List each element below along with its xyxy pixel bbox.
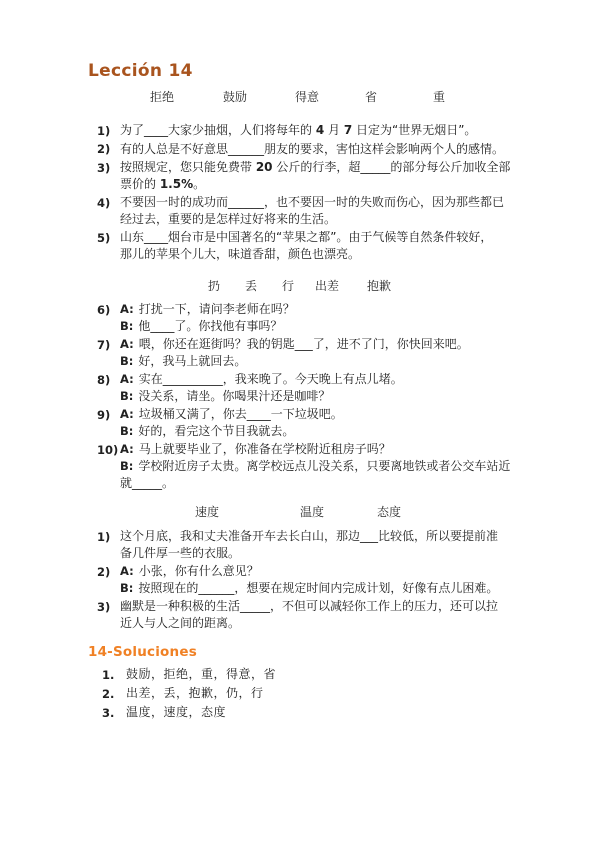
exercise-line: B:他____了。你找他有事吗？: [120, 318, 520, 335]
solutions-heading: 14-Soluciones: [88, 644, 520, 661]
exercise-line: A:喂，你还在逛街吗？我的钥匙___了，进不了门，你快回来吧。: [120, 336, 520, 353]
exercise-item: 3)幽默是一种积极的生活_____，不但可以减轻你工作上的压力，还可以拉近人与人…: [97, 598, 520, 632]
document-page: Lección 14 拒绝鼓励得意省重1)为了____大家少抽烟，人们将每年的 …: [0, 0, 599, 848]
speaker-label: A:: [120, 372, 134, 386]
exercise-item: 2)有的人总是不好意思______朋友的要求，害怕这样会影响两个人的感情。: [97, 141, 520, 159]
exercise-text: 小张，你有什么意见？: [139, 564, 259, 578]
speaker-label: A:: [120, 407, 134, 421]
exercise-body: 为了____大家少抽烟，人们将每年的 4 月 7 日定为“世界无烟日”。: [120, 122, 520, 140]
exercise-item: 7)A:喂，你还在逛街吗？我的钥匙___了，进不了门，你快回来吧。B:好，我马上…: [97, 336, 520, 370]
exercise-text: 好，我马上就回去。: [138, 354, 246, 368]
solution-item: 3.温度，速度，态度: [102, 703, 520, 722]
exercise-set-2: 6)A:打扰一下，请问李老师在吗？B:他____了。你找他有事吗？7)A:喂，你…: [88, 301, 520, 492]
exercise-number: 4): [97, 194, 120, 228]
exercise-body: 有的人总是不好意思______朋友的要求，害怕这样会影响两个人的感情。: [120, 141, 520, 159]
exercise-number: 2): [97, 141, 120, 159]
exercise-item: 3)按照规定，您只能免费带 20 公斤的行李，超_____的部分每公斤加收全部票…: [97, 159, 520, 193]
exercise-number: 6): [97, 301, 120, 335]
exercise-line: 幽默是一种积极的生活_____，不但可以减轻你工作上的压力，还可以拉: [120, 598, 520, 615]
exercise-number: 3): [97, 598, 120, 632]
solutions-list: 1.鼓励，拒绝，重，得意，省2.出差，丢，抱歉，仍，行3.温度，速度，态度: [88, 665, 520, 722]
exercise-number: 5): [97, 229, 120, 263]
exercise-number: 7): [97, 336, 120, 370]
exercise-line: 近人与人之间的距离。: [120, 615, 520, 632]
solution-number: 3.: [102, 703, 126, 722]
exercise-line: B:学校附近房子太贵。离学校远点儿没关系，只要离地铁或者公交车站近: [120, 458, 520, 475]
exercise-number: 1): [97, 528, 120, 562]
exercise-body: A:马上就要毕业了，你准备在学校附近租房子吗？B:学校附近房子太贵。离学校远点儿…: [120, 441, 520, 492]
word-bank-word: 鼓励: [223, 89, 247, 106]
exercise-text: 按照规定，您只能免费带 20 公斤的行李，超_____的部分每公斤加收全部: [120, 160, 510, 174]
word-bank-word: 重: [433, 89, 445, 106]
word-bank-word: 行: [282, 278, 294, 295]
speaker-label: B:: [120, 581, 133, 595]
exercise-text: 经过去，重要的是怎样过好将来的生活。: [120, 212, 336, 226]
exercise-text: 近人与人之间的距离。: [120, 616, 240, 630]
exercise-text: 那儿的苹果个儿大，味道香甜，颜色也漂亮。: [120, 247, 360, 261]
speaker-label: B:: [120, 389, 133, 403]
exercise-line: 票价的 1.5%。: [120, 176, 520, 193]
exercise-number: 1): [97, 122, 120, 140]
speaker-label: A:: [120, 337, 134, 351]
exercise-text: 不要因一时的成功而______，也不要因一时的失败而伤心，因为那些都已: [120, 195, 504, 209]
word-bank-word: 拒绝: [150, 89, 174, 106]
solution-number: 1.: [102, 665, 126, 684]
exercise-set-3: 1)这个月底，我和丈夫准备开车去长白山，那边___比较低，所以要提前准备几件厚一…: [88, 528, 520, 632]
exercise-text: 学校附近房子太贵。离学校远点儿没关系，只要离地铁或者公交车站近: [138, 459, 510, 473]
exercise-number: 3): [97, 159, 120, 193]
exercise-line: 不要因一时的成功而______，也不要因一时的失败而伤心，因为那些都已: [120, 194, 520, 211]
exercise-text: 就_____。: [120, 476, 174, 490]
speaker-label: A:: [120, 564, 134, 578]
word-bank-word: 出差: [315, 278, 339, 295]
exercise-line: 经过去，重要的是怎样过好将来的生活。: [120, 211, 520, 228]
word-bank-word: 温度: [300, 504, 324, 521]
exercise-item: 9)A:垃圾桶又满了，你去____一下垃圾吧。B:好的，看完这个节目我就去。: [97, 406, 520, 440]
exercise-number: 10): [97, 441, 120, 492]
exercise-item: 1)这个月底，我和丈夫准备开车去长白山，那边___比较低，所以要提前准备几件厚一…: [97, 528, 520, 562]
exercise-body: 不要因一时的成功而______，也不要因一时的失败而伤心，因为那些都已经过去，重…: [120, 194, 520, 228]
speaker-label: A:: [120, 442, 134, 456]
exercise-text: 实在__________，我来晚了。今天晚上有点儿堵。: [139, 372, 403, 386]
word-bank-3: 速度温度态度: [88, 504, 520, 520]
exercise-line: 备几件厚一些的衣服。: [120, 545, 520, 562]
exercise-text: 为了____大家少抽烟，人们将每年的 4 月 7 日定为“世界无烟日”。: [120, 123, 476, 137]
exercise-body: 按照规定，您只能免费带 20 公斤的行李，超_____的部分每公斤加收全部票价的…: [120, 159, 520, 193]
exercise-text: 打扰一下，请问李老师在吗？: [139, 302, 295, 316]
word-bank-word: 省: [365, 89, 377, 106]
exercise-line: 这个月底，我和丈夫准备开车去长白山，那边___比较低，所以要提前准: [120, 528, 520, 545]
exercise-body: A:垃圾桶又满了，你去____一下垃圾吧。B:好的，看完这个节目我就去。: [120, 406, 520, 440]
exercise-body: 这个月底，我和丈夫准备开车去长白山，那边___比较低，所以要提前准备几件厚一些的…: [120, 528, 520, 562]
exercise-text: 喂，你还在逛街吗？我的钥匙___了，进不了门，你快回来吧。: [139, 337, 469, 351]
speaker-label: B:: [120, 319, 133, 333]
exercise-line: A:马上就要毕业了，你准备在学校附近租房子吗？: [120, 441, 520, 458]
exercise-text: 幽默是一种积极的生活_____，不但可以减轻你工作上的压力，还可以拉: [120, 599, 498, 613]
exercise-body: A:打扰一下，请问李老师在吗？B:他____了。你找他有事吗？: [120, 301, 520, 335]
speaker-label: B:: [120, 354, 133, 368]
solution-text: 温度，速度，态度: [126, 703, 226, 722]
exercise-line: B:按照现在的______，想要在规定时间内完成计划，好像有点儿困难。: [120, 580, 520, 597]
word-bank-word: 得意: [295, 89, 319, 106]
exercise-line: A:垃圾桶又满了，你去____一下垃圾吧。: [120, 406, 520, 423]
exercise-text: 好的，看完这个节目我就去。: [138, 424, 294, 438]
exercise-line: A:打扰一下，请问李老师在吗？: [120, 301, 520, 318]
exercise-text: 票价的 1.5%。: [120, 177, 205, 191]
word-bank-word: 扔: [208, 278, 220, 295]
solution-text: 出差，丢，抱歉，仍，行: [126, 684, 264, 703]
exercise-body: A:小张，你有什么意见？B:按照现在的______，想要在规定时间内完成计划，好…: [120, 563, 520, 597]
exercise-text: 山东____烟台市是中国著名的“苹果之都”。由于气候等自然条件较好，: [120, 230, 492, 244]
exercise-text: 按照现在的______，想要在规定时间内完成计划，好像有点儿困难。: [138, 581, 498, 595]
exercise-number: 2): [97, 563, 120, 597]
exercise-item: 6)A:打扰一下，请问李老师在吗？B:他____了。你找他有事吗？: [97, 301, 520, 335]
exercise-line: 按照规定，您只能免费带 20 公斤的行李，超_____的部分每公斤加收全部: [120, 159, 520, 176]
exercise-number: 8): [97, 371, 120, 405]
exercise-text: 垃圾桶又满了，你去____一下垃圾吧。: [139, 407, 343, 421]
exercise-item: 4)不要因一时的成功而______，也不要因一时的失败而伤心，因为那些都已经过去…: [97, 194, 520, 228]
exercise-text: 这个月底，我和丈夫准备开车去长白山，那边___比较低，所以要提前准: [120, 529, 498, 543]
word-bank-2: 扔丢行出差抱歉: [88, 278, 520, 294]
exercise-body: 幽默是一种积极的生活_____，不但可以减轻你工作上的压力，还可以拉近人与人之间…: [120, 598, 520, 632]
exercise-text: 他____了。你找他有事吗？: [138, 319, 282, 333]
exercise-item: 8)A:实在__________，我来晚了。今天晚上有点儿堵。B:没关系，请坐。…: [97, 371, 520, 405]
exercise-line: 有的人总是不好意思______朋友的要求，害怕这样会影响两个人的感情。: [120, 141, 520, 158]
exercise-item: 1)为了____大家少抽烟，人们将每年的 4 月 7 日定为“世界无烟日”。: [97, 122, 520, 140]
exercise-text: 马上就要毕业了，你准备在学校附近租房子吗？: [139, 442, 391, 456]
exercise-item: 10)A:马上就要毕业了，你准备在学校附近租房子吗？B:学校附近房子太贵。离学校…: [97, 441, 520, 492]
exercise-line: B:好的，看完这个节目我就去。: [120, 423, 520, 440]
word-bank-word: 丢: [245, 278, 257, 295]
exercise-text: 没关系，请坐。你喝果汁还是咖啡？: [138, 389, 330, 403]
solution-text: 鼓励，拒绝，重，得意，省: [126, 665, 276, 684]
exercise-line: A:实在__________，我来晚了。今天晚上有点儿堵。: [120, 371, 520, 388]
exercise-line: B:没关系，请坐。你喝果汁还是咖啡？: [120, 388, 520, 405]
solution-item: 1.鼓励，拒绝，重，得意，省: [102, 665, 520, 684]
exercise-text: 备几件厚一些的衣服。: [120, 546, 240, 560]
exercise-line: 就_____。: [120, 475, 520, 492]
exercise-text: 有的人总是不好意思______朋友的要求，害怕这样会影响两个人的感情。: [120, 142, 504, 156]
exercise-number: 9): [97, 406, 120, 440]
exercise-body: A:喂，你还在逛街吗？我的钥匙___了，进不了门，你快回来吧。B:好，我马上就回…: [120, 336, 520, 370]
exercise-body: A:实在__________，我来晚了。今天晚上有点儿堵。B:没关系，请坐。你喝…: [120, 371, 520, 405]
speaker-label: B:: [120, 424, 133, 438]
exercise-line: B:好，我马上就回去。: [120, 353, 520, 370]
exercise-set-1: 1)为了____大家少抽烟，人们将每年的 4 月 7 日定为“世界无烟日”。2)…: [88, 122, 520, 263]
exercise-line: A:小张，你有什么意见？: [120, 563, 520, 580]
worksheet-content: 拒绝鼓励得意省重1)为了____大家少抽烟，人们将每年的 4 月 7 日定为“世…: [88, 84, 520, 722]
exercise-item: 2)A:小张，你有什么意见？B:按照现在的______，想要在规定时间内完成计划…: [97, 563, 520, 597]
word-bank-word: 速度: [195, 504, 219, 521]
word-bank-word: 态度: [377, 504, 401, 521]
exercise-line: 为了____大家少抽烟，人们将每年的 4 月 7 日定为“世界无烟日”。: [120, 122, 520, 139]
exercise-item: 5)山东____烟台市是中国著名的“苹果之都”。由于气候等自然条件较好，那儿的苹…: [97, 229, 520, 263]
speaker-label: A:: [120, 302, 134, 316]
lesson-title: Lección 14: [88, 61, 193, 81]
exercise-line: 山东____烟台市是中国著名的“苹果之都”。由于气候等自然条件较好，: [120, 229, 520, 246]
word-bank-word: 抱歉: [367, 278, 391, 295]
word-bank-1: 拒绝鼓励得意省重: [88, 89, 520, 105]
exercise-line: 那儿的苹果个儿大，味道香甜，颜色也漂亮。: [120, 246, 520, 263]
exercise-body: 山东____烟台市是中国著名的“苹果之都”。由于气候等自然条件较好，那儿的苹果个…: [120, 229, 520, 263]
solution-number: 2.: [102, 684, 126, 703]
solution-item: 2.出差，丢，抱歉，仍，行: [102, 684, 520, 703]
speaker-label: B:: [120, 459, 133, 473]
